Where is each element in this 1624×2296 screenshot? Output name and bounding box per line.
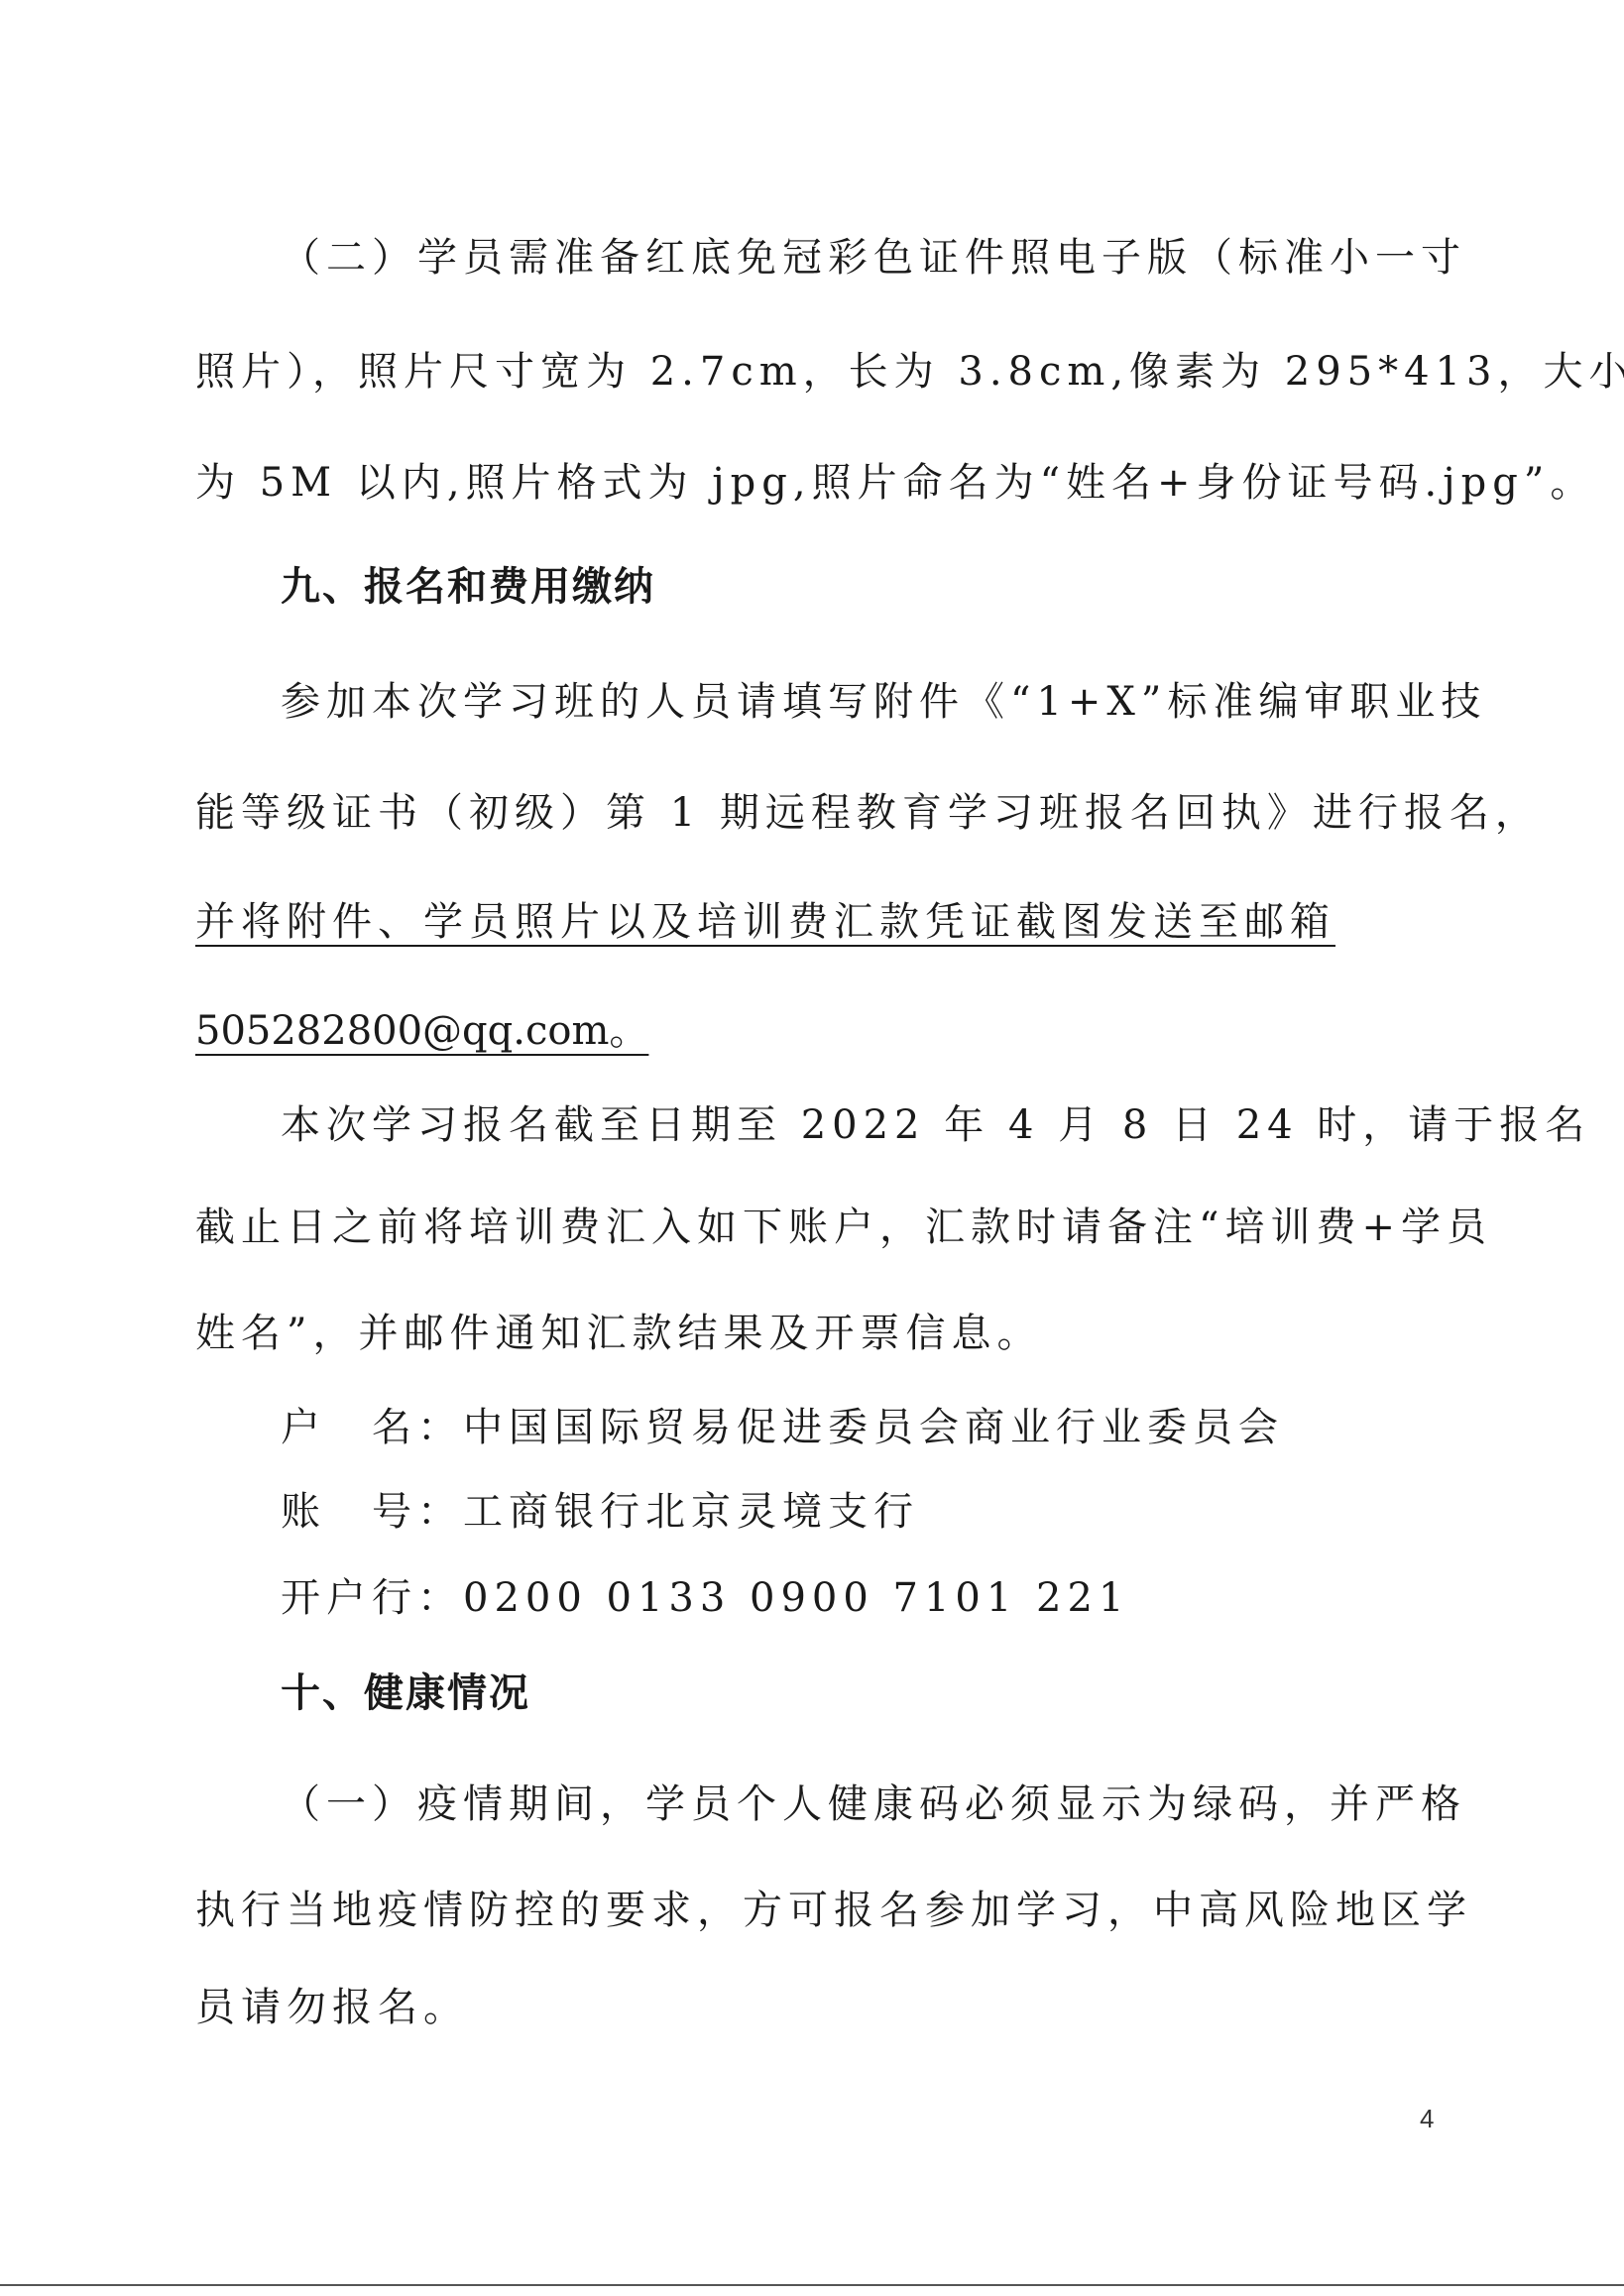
paragraph-line: 姓名”，并邮件通知汇款结果及开票信息。 bbox=[195, 1310, 1440, 1357]
section-heading-9: 九、报名和费用缴纳 bbox=[281, 563, 1440, 611]
account-name-row: 户 名：中国国际贸易促进委员会商业行业委员会 bbox=[281, 1404, 1440, 1451]
page-number: 4 bbox=[1420, 2104, 1434, 2134]
footer-rule bbox=[0, 2284, 1624, 2286]
paragraph-line: （二）学员需准备红底免冠彩色证件照电子版（标准小一寸 bbox=[281, 234, 1440, 282]
paragraph-line: 本次学习报名截至日期至 2022 年 4 月 8 日 24 时，请于报名 bbox=[281, 1101, 1440, 1149]
account-name-label: 户 名： bbox=[281, 1404, 463, 1451]
section-heading-10: 十、健康情况 bbox=[281, 1669, 1440, 1717]
underlined-instruction: 并将附件、学员照片以及培训费汇款凭证截图发送至邮箱 bbox=[195, 898, 1440, 946]
paragraph-line: 照片），照片尺寸宽为 2.7cm，长为 3.8cm,像素为 295*413，大小 bbox=[195, 348, 1440, 396]
paragraph-line: 截止日之前将培训费汇入如下账户，汇款时请备注“培训费+学员 bbox=[195, 1204, 1440, 1251]
paragraph-line: 员请勿报名。 bbox=[195, 1984, 1440, 2031]
paragraph-line: 参加本次学习班的人员请填写附件《“1+X”标准编审职业技 bbox=[281, 678, 1440, 726]
account-number-label: 账 号： bbox=[281, 1488, 463, 1536]
email-address: 505282800@qq.com。 bbox=[195, 1007, 1440, 1055]
account-number-value: 工商银行北京灵境支行 bbox=[463, 1489, 919, 1535]
paragraph-line: （一）疫情期间，学员个人健康码必须显示为绿码，并严格 bbox=[281, 1780, 1440, 1828]
bank-label: 开户行： bbox=[281, 1574, 463, 1622]
paragraph-line: 执行当地疫情防控的要求，方可报名参加学习，中高风险地区学 bbox=[195, 1887, 1440, 1934]
bank-row: 开户行：0200 0133 0900 7101 221 bbox=[281, 1574, 1440, 1622]
account-name-value: 中国国际贸易促进委员会商业行业委员会 bbox=[463, 1405, 1284, 1450]
paragraph-line: 能等级证书（初级）第 1 期远程教育学习班报名回执》进行报名， bbox=[195, 789, 1440, 837]
bank-value: 0200 0133 0900 7101 221 bbox=[463, 1575, 1129, 1621]
account-number-row: 账 号：工商银行北京灵境支行 bbox=[281, 1488, 1440, 1536]
paragraph-line: 为 5M 以内,照片格式为 jpg,照片命名为“姓名+身份证号码.jpg”。 bbox=[195, 459, 1440, 507]
